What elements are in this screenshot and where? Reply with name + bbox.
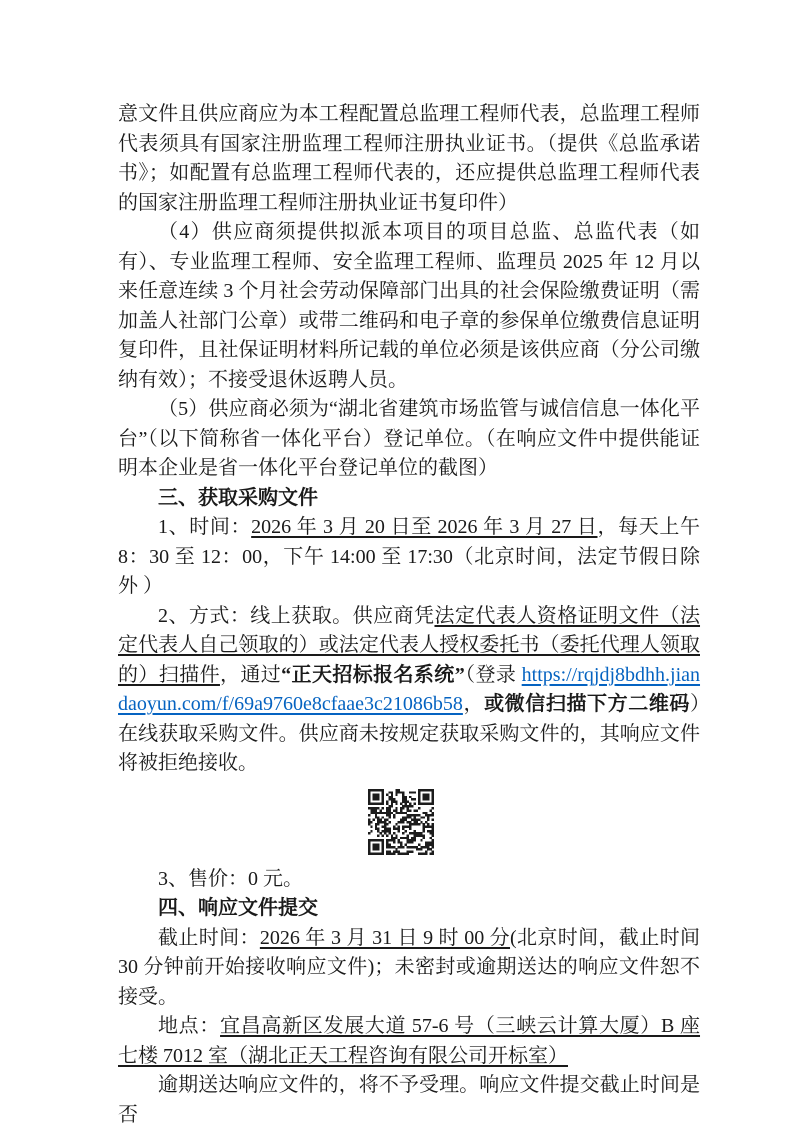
text-run: 2026 年 3 月 31 日 9 时 00 分 <box>260 927 510 949</box>
para-overdue-notice: 逾期送达响应文件的，将不予受理。响应文件提交截止时间是否 <box>118 1071 700 1130</box>
text-run: 截止时间： <box>158 927 260 949</box>
text-run: 意文件且供应商应为本工程配置总监理工程师代表，总监理工程师代表须具有国家注册监理… <box>118 103 700 214</box>
para-submission-deadline: 截止时间：2026 年 3 月 31 日 9 时 00 分(北京时间，截止时间 … <box>118 924 700 1013</box>
text-run: （登录 <box>465 664 522 686</box>
text-run: 或微信扫描下方二维码 <box>484 693 690 715</box>
text-run: 四、响应文件提交 <box>158 897 318 919</box>
text-run: ，通过 <box>220 664 281 686</box>
document-body: 意文件且供应商应为本工程配置总监理工程师代表，总监理工程师代表须具有国家注册监理… <box>0 0 800 1130</box>
qr-code <box>102 781 700 863</box>
text-run: （5）供应商必须为“湖北省建筑市场监管与诚信信息一体化平台”（以下简称省一体化平… <box>118 398 700 479</box>
heading-section-4: 四、响应文件提交 <box>118 894 700 924</box>
text-run: 三、获取采购文件 <box>158 487 318 509</box>
para-item-5-platform-registration: （5）供应商必须为“湖北省建筑市场监管与诚信信息一体化平台”（以下简称省一体化平… <box>118 395 700 484</box>
text-run: “正天招标报名系统” <box>281 664 465 686</box>
para-obtain-time: 1、时间：2026 年 3 月 20 日至 2026 年 3 月 27 日，每天… <box>118 513 700 602</box>
text-run: （4）供应商须提供拟派本项目的项目总监、总监代表（如有）、专业监理工程师、安全监… <box>118 221 700 391</box>
heading-section-3: 三、获取采购文件 <box>118 484 700 514</box>
document-page: 意文件且供应商应为本工程配置总监理工程师代表，总监理工程师代表须具有国家注册监理… <box>0 0 800 1131</box>
text-run: 1、时间： <box>158 516 251 538</box>
para-supervisor-requirement: 意文件且供应商应为本工程配置总监理工程师代表，总监理工程师代表须具有国家注册监理… <box>118 100 700 218</box>
text-run: 地点： <box>158 1015 220 1037</box>
text-run: 逾期送达响应文件的，将不予受理。响应文件提交截止时间是否 <box>118 1074 700 1126</box>
text-run: 2、方式：线上获取。供应商凭 <box>158 605 434 627</box>
para-price: 3、售价：0 元。 <box>118 865 700 895</box>
para-obtain-method: 2、方式：线上获取。供应商凭法定代表人资格证明文件（法定代表人自己领取的）或法定… <box>118 602 700 779</box>
text-run: 3、售价：0 元。 <box>158 868 303 890</box>
text-run: 2026 年 3 月 20 日至 2026 年 3 月 27 日 <box>251 516 597 538</box>
text-run: ， <box>463 693 484 715</box>
para-item-4-social-insurance: （4）供应商须提供拟派本项目的项目总监、总监代表（如有）、专业监理工程师、安全监… <box>118 218 700 395</box>
para-submission-location: 地点：宜昌高新区发展大道 57-6 号（三峡云计算大厦）B 座七楼 7012 室… <box>118 1012 700 1071</box>
